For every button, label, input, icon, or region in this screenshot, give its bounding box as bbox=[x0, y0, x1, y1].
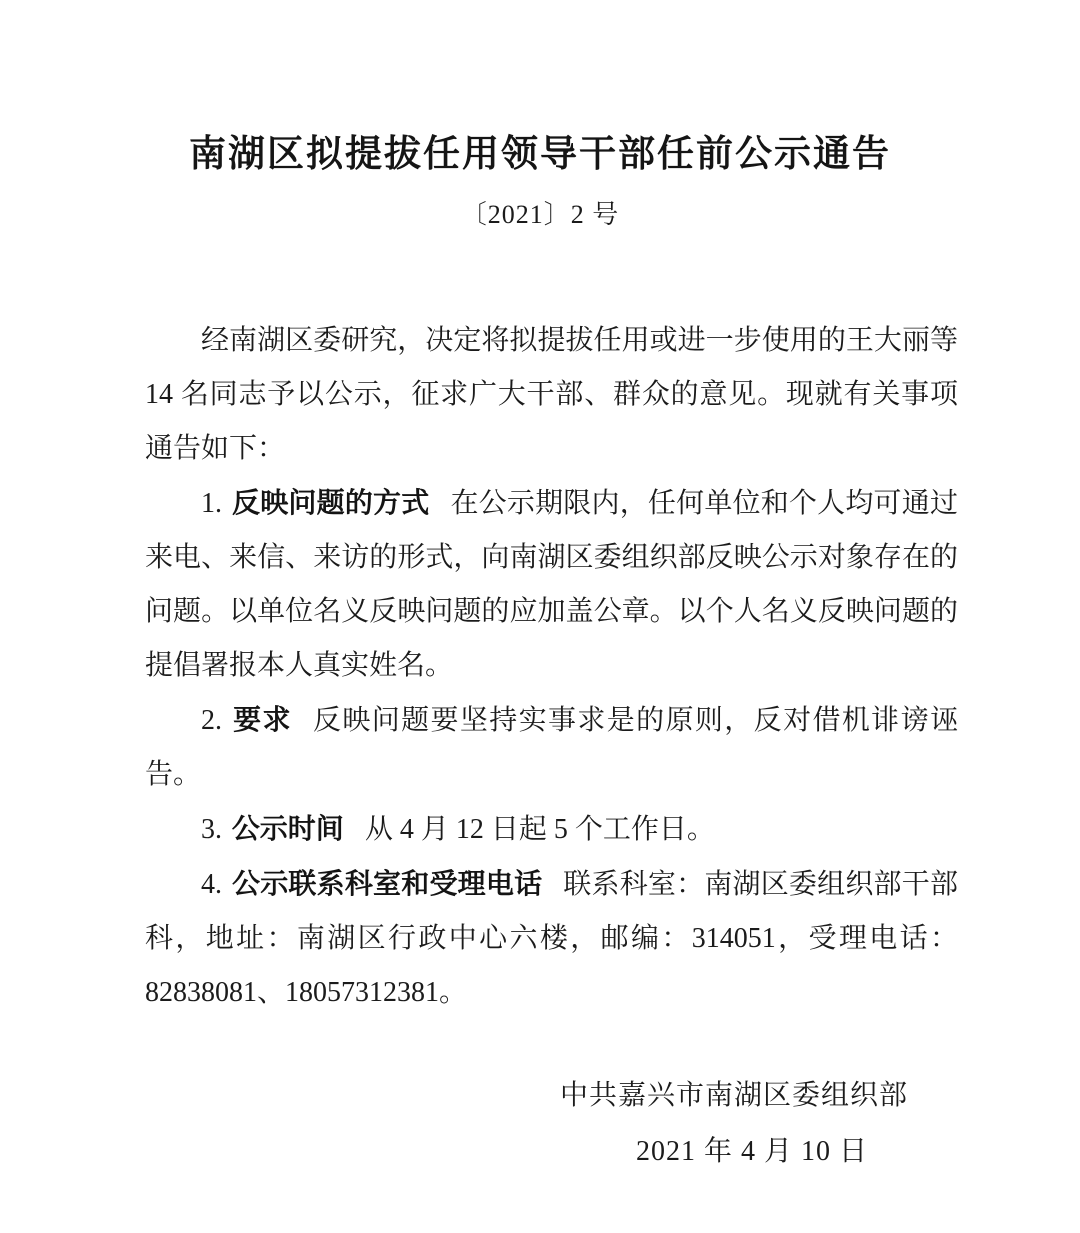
signature-organization: 中共嘉兴市南湖区委组织部 bbox=[0, 1068, 1080, 1124]
section-number: 1. bbox=[201, 488, 222, 519]
document-number: 〔2021〕2 号 bbox=[0, 198, 1080, 232]
signature-block: 中共嘉兴市南湖区委组织部 2021 年 4 月 10 日 bbox=[0, 1068, 1080, 1180]
section-number: 3. bbox=[201, 814, 222, 845]
section-paragraph-4: 4.公示联系科室和受理电话联系科室：南湖区委组织部干部科，地址：南湖区行政中心六… bbox=[145, 857, 958, 1020]
section-label: 公示联系科室和受理电话 bbox=[232, 868, 542, 899]
section-label: 反映问题的方式 bbox=[232, 487, 430, 518]
section-paragraph-3: 3.公示时间从 4 月 12 日起 5 个工作日。 bbox=[145, 802, 958, 857]
document-title: 南湖区拟提拔任用领导干部任前公示通告 bbox=[0, 130, 1080, 178]
section-number: 4. bbox=[201, 869, 222, 900]
section-number: 2. bbox=[201, 705, 222, 736]
section-paragraph-1: 1.反映问题的方式在公示期限内，任何单位和个人均可通过来电、来信、来访的形式，向… bbox=[145, 476, 958, 693]
section-text: 从 4 月 12 日起 5 个工作日。 bbox=[365, 814, 715, 845]
signature-date: 2021 年 4 月 10 日 bbox=[0, 1124, 1080, 1180]
section-label: 要求 bbox=[232, 704, 292, 735]
section-paragraph-2: 2.要求反映问题要坚持实事求是的原则，反对借机诽谤诬告。 bbox=[145, 693, 958, 802]
document-page: 南湖区拟提拔任用领导干部任前公示通告 〔2021〕2 号 经南湖区委研究，决定将… bbox=[0, 0, 1080, 1233]
document-body: 经南湖区委研究，决定将拟提拔任用或进一步使用的王大丽等 14 名同志予以公示，征… bbox=[0, 314, 1080, 1020]
intro-paragraph: 经南湖区委研究，决定将拟提拔任用或进一步使用的王大丽等 14 名同志予以公示，征… bbox=[145, 314, 958, 476]
section-label: 公示时间 bbox=[232, 813, 344, 844]
